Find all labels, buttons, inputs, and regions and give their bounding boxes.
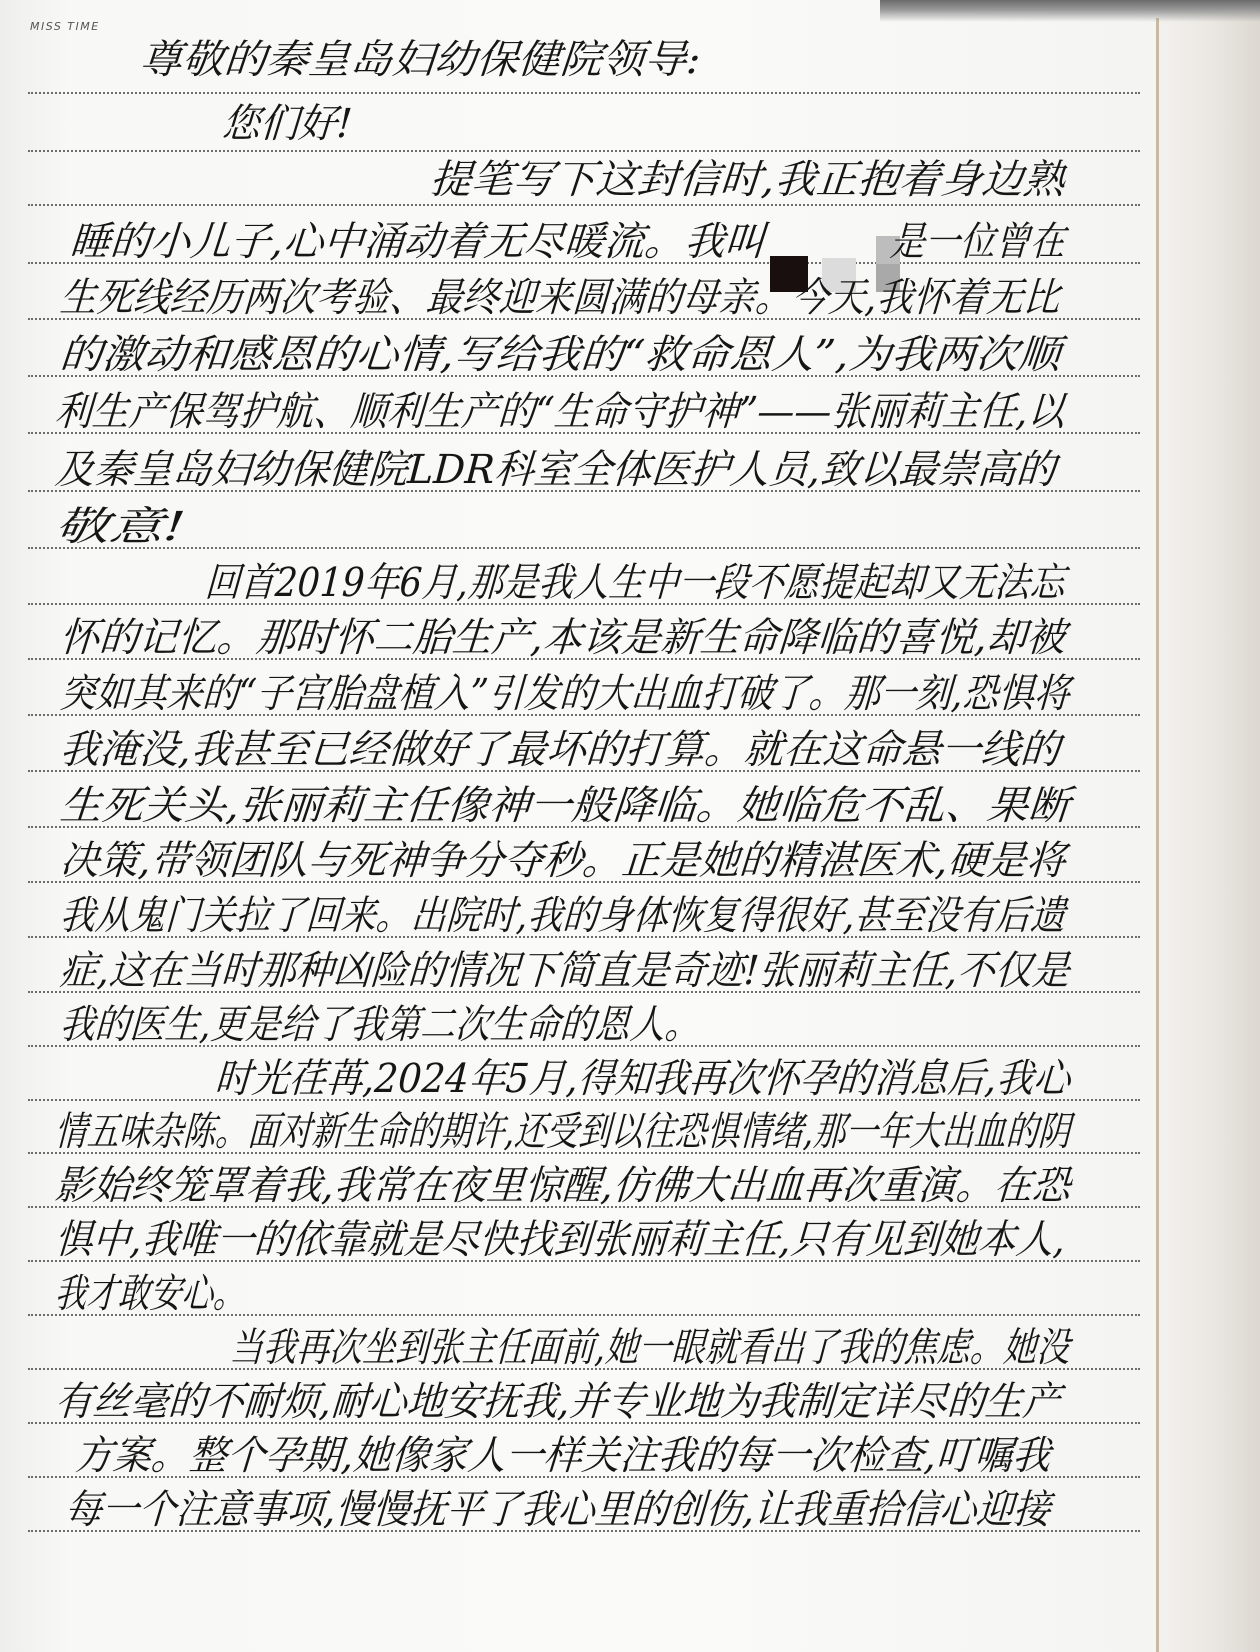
- letter-line: 我才敢安心。: [54, 1270, 247, 1318]
- letter-line: 影始终笼罩着我,我常在夜里惊醒,仿佛大出血再次重演。在恐: [53, 1162, 1072, 1210]
- letter-line: 生死线经历两次考验、最终迎来圆满的母亲。今天,我怀着无比: [58, 274, 1061, 322]
- letter-line: 时光荏苒,2024年5月,得知我再次怀孕的消息后,我心: [213, 1055, 1071, 1103]
- letter-line: 提笔写下这封信时,我正抱着身边熟: [428, 156, 1066, 204]
- top-shadow: [880, 0, 1260, 22]
- letter-line: 症,这在当时那种凶险的情况下简直是奇迹!张丽莉主任,不仅是: [58, 947, 1071, 995]
- letter-line: 我从鬼门关拉了回来。出院时,我的身体恢复得很好,甚至没有后遗: [59, 892, 1067, 940]
- letter-line: 惧中,我唯一的依靠就是尽快找到张丽莉主任,只有见到她本人,: [53, 1216, 1066, 1264]
- letter-salutation: 尊敬的秦皇岛妇幼保健院领导:: [138, 36, 702, 84]
- letter-line: 生死关头,张丽莉主任像神一般降临。她临危不乱、果断: [58, 782, 1071, 830]
- paper-brand-watermark: MISS TIME: [30, 20, 100, 33]
- letter-line: 的激动和感恩的心情,写给我的“救命恩人”,为我两次顺: [58, 331, 1062, 379]
- letter-line: 利生产保驾护航、顺利生产的“生命守护神”——张丽莉主任,以: [53, 388, 1066, 436]
- letter-line: 当我再次坐到张主任面前,她一眼就看出了我的焦虑。她没: [229, 1324, 1072, 1372]
- letter-line: 怀的记忆。那时怀二胎生产,本该是新生命降临的喜悦,却被: [58, 614, 1067, 662]
- letter-line: 决策,带领团队与死神争分夺秒。正是她的精湛医术,硬是将: [58, 837, 1067, 885]
- letter-line: 突如其来的“子宫胎盘植入”引发的大出血打破了。那一刻,恐惧将: [59, 670, 1072, 718]
- letter-line: 每一个注意事项,慢慢抚平了我心里的创伤,让我重拾信心迎接: [63, 1486, 1052, 1534]
- letter-line: 有丝毫的不耐烦,耐心地安抚我,并专业地为我制定详尽的生产: [53, 1378, 1062, 1426]
- underlying-page: [1159, 0, 1260, 1652]
- letter-line: 敬意!: [53, 503, 188, 551]
- letter-greeting: 您们好!: [220, 100, 353, 148]
- letter-line: 我淹没,我甚至已经做好了最坏的打算。就在这命悬一线的: [58, 726, 1061, 774]
- page-edge: [1156, 18, 1159, 1652]
- letter-line: 及秦皇岛妇幼保健院LDR科室全体医护人员,致以最崇高的: [53, 446, 1057, 494]
- letter-line: 回首2019年6月,那是我人生中一段不愿提起却又无法忘: [204, 559, 1067, 607]
- letter-line: 我的医生,更是给了我第二次生命的恩人。: [59, 1001, 702, 1049]
- letter-line: 睡的小儿子,心中涌动着无尽暖流。我叫: [68, 218, 766, 266]
- letter-line: 情五味杂陈。面对新生命的期许,还受到以往恐惧情绪,那一年大出血的阴: [54, 1108, 1072, 1156]
- letter-line: 方案。整个孕期,她像家人一样关注我的每一次检查,叮嘱我: [73, 1432, 1052, 1480]
- letter-line: 是一位曾在: [889, 218, 1067, 266]
